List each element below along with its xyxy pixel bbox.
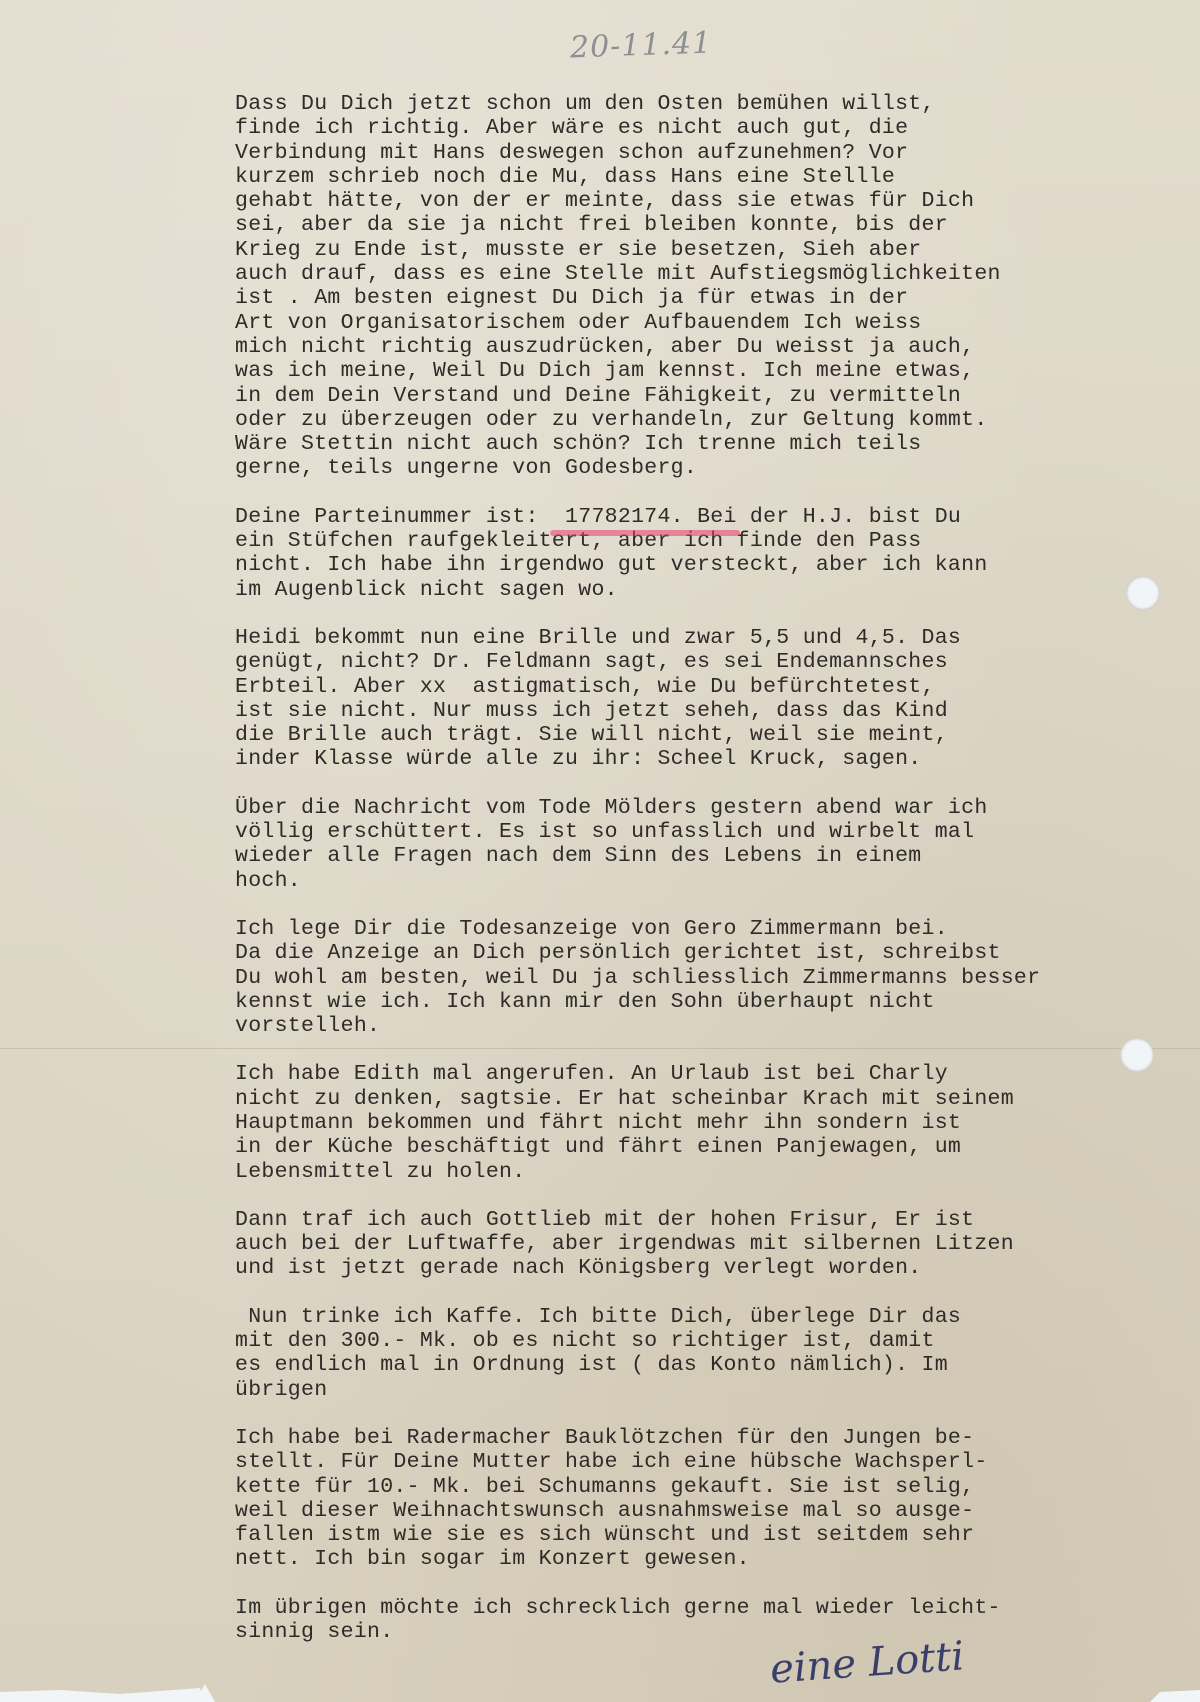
text-line: mich nicht richtig auszudrücken, aber Du… bbox=[235, 335, 1135, 359]
text-line: fallen istm wie sie es sich wünscht und … bbox=[235, 1523, 1135, 1547]
text-line: inder Klasse würde alle zu ihr: Scheel K… bbox=[235, 747, 1135, 771]
text-line: in dem Dein Verstand und Deine Fähigkeit… bbox=[235, 384, 1135, 408]
text-line: nett. Ich bin sogar im Konzert gewesen. bbox=[235, 1547, 1135, 1571]
text-line: weil dieser Weihnachtswunsch ausnahmswei… bbox=[235, 1499, 1135, 1523]
text-line: Ich lege Dir die Todesanzeige von Gero Z… bbox=[235, 917, 1135, 941]
text-line: Im übrigen möchte ich schrecklich gerne … bbox=[235, 1596, 1135, 1620]
text-line: Dass Du Dich jetzt schon um den Osten be… bbox=[235, 92, 1135, 116]
letter-body: Dass Du Dich jetzt schon um den Osten be… bbox=[235, 92, 1135, 1668]
text-line: Über die Nachricht vom Tode Mölders gest… bbox=[235, 796, 1135, 820]
paragraph: Nun trinke ich Kaffe. Ich bitte Dich, üb… bbox=[235, 1305, 1135, 1402]
text-line: Ich habe bei Radermacher Bauklötzchen fü… bbox=[235, 1426, 1135, 1450]
paragraph: Ich lege Dir die Todesanzeige von Gero Z… bbox=[235, 917, 1135, 1038]
text-line: ist sie nicht. Nur muss ich jetzt seheh,… bbox=[235, 699, 1135, 723]
text-line: finde ich richtig. Aber wäre es nicht au… bbox=[235, 116, 1135, 140]
text-line: Da die Anzeige an Dich persönlich gerich… bbox=[235, 941, 1135, 965]
paragraph: Deine Parteinummer ist: 17782174. Bei de… bbox=[235, 505, 1135, 602]
text-line: gerne, teils ungerne von Godesberg. bbox=[235, 456, 1135, 480]
text-line: es endlich mal in Ordnung ist ( das Kont… bbox=[235, 1353, 1135, 1377]
torn-bottom-edge bbox=[0, 1662, 1200, 1702]
text-line: auch drauf, dass es eine Stelle mit Aufs… bbox=[235, 262, 1135, 286]
punch-hole-bottom bbox=[1120, 1038, 1154, 1072]
paragraph: Dann traf ich auch Gottlieb mit der hohe… bbox=[235, 1208, 1135, 1281]
text-line: Heidi bekommt nun eine Brille und zwar 5… bbox=[235, 626, 1135, 650]
text-line: Ich habe Edith mal angerufen. An Urlaub … bbox=[235, 1062, 1135, 1086]
text-line: Du wohl am besten, weil Du ja schliessli… bbox=[235, 966, 1135, 990]
text-line: kennst wie ich. Ich kann mir den Sohn üb… bbox=[235, 990, 1135, 1014]
paragraph: Über die Nachricht vom Tode Mölders gest… bbox=[235, 796, 1135, 893]
punch-hole-top bbox=[1126, 576, 1160, 610]
text-line: völlig erschüttert. Es ist so unfasslich… bbox=[235, 820, 1135, 844]
text-line: und ist jetzt gerade nach Königsberg ver… bbox=[235, 1256, 1135, 1280]
paragraph: Heidi bekommt nun eine Brille und zwar 5… bbox=[235, 626, 1135, 772]
text-line: Nun trinke ich Kaffe. Ich bitte Dich, üb… bbox=[235, 1305, 1135, 1329]
paragraph: Ich habe Edith mal angerufen. An Urlaub … bbox=[235, 1062, 1135, 1183]
text-line: sinnig sein. bbox=[235, 1620, 1135, 1644]
text-line: Krieg zu Ende ist, musste er sie besetze… bbox=[235, 238, 1135, 262]
text-line: ist . Am besten eignest Du Dich ja für e… bbox=[235, 286, 1135, 310]
text-line: wieder alle Fragen nach dem Sinn des Leb… bbox=[235, 844, 1135, 868]
text-line: was ich meine, Weil Du Dich jam kennst. … bbox=[235, 359, 1135, 383]
text-line: mit den 300.- Mk. ob es nicht so richtig… bbox=[235, 1329, 1135, 1353]
text-line: Deine Parteinummer ist: 17782174. Bei de… bbox=[235, 505, 1135, 529]
text-line: Wäre Stettin nicht auch schön? Ich trenn… bbox=[235, 432, 1135, 456]
pink-highlight-mark bbox=[550, 530, 740, 536]
text-line: Art von Organisatorischem oder Aufbauend… bbox=[235, 311, 1135, 335]
handwritten-date: 20-11.41 bbox=[569, 26, 712, 66]
text-line: übrigen bbox=[235, 1378, 1135, 1402]
letter-page: 20-11.41 Dass Du Dich jetzt schon um den… bbox=[0, 0, 1200, 1702]
paragraph: Dass Du Dich jetzt schon um den Osten be… bbox=[235, 92, 1135, 481]
text-line: hoch. bbox=[235, 869, 1135, 893]
text-line: Erbteil. Aber xx astigmatisch, wie Du be… bbox=[235, 675, 1135, 699]
paragraph: Ich habe bei Radermacher Bauklötzchen fü… bbox=[235, 1426, 1135, 1572]
text-line: nicht. Ich habe ihn irgendwo gut verstec… bbox=[235, 553, 1135, 577]
text-line: oder zu überzeugen oder zu verhandeln, z… bbox=[235, 408, 1135, 432]
text-line: kette für 10.- Mk. bei Schumanns gekauft… bbox=[235, 1475, 1135, 1499]
text-line: Verbindung mit Hans deswegen schon aufzu… bbox=[235, 141, 1135, 165]
paragraph: Im übrigen möchte ich schrecklich gerne … bbox=[235, 1596, 1135, 1645]
text-line: genügt, nicht? Dr. Feldmann sagt, es sei… bbox=[235, 650, 1135, 674]
text-line: auch bei der Luftwaffe, aber irgendwas m… bbox=[235, 1232, 1135, 1256]
text-line: die Brille auch trägt. Sie will nicht, w… bbox=[235, 723, 1135, 747]
text-line: sei, aber da sie ja nicht frei bleiben k… bbox=[235, 213, 1135, 237]
text-line: kurzem schrieb noch die Mu, dass Hans ei… bbox=[235, 165, 1135, 189]
text-line: Dann traf ich auch Gottlieb mit der hohe… bbox=[235, 1208, 1135, 1232]
text-line: stellt. Für Deine Mutter habe ich eine h… bbox=[235, 1450, 1135, 1474]
text-line: vorstelleh. bbox=[235, 1014, 1135, 1038]
text-line: Lebensmittel zu holen. bbox=[235, 1160, 1135, 1184]
text-line: Hauptmann bekommen und fährt nicht mehr … bbox=[235, 1111, 1135, 1135]
text-line: nicht zu denken, sagtsie. Er hat scheinb… bbox=[235, 1087, 1135, 1111]
text-line: im Augenblick nicht sagen wo. bbox=[235, 578, 1135, 602]
text-line: in der Küche beschäftigt und fährt einen… bbox=[235, 1135, 1135, 1159]
text-line: gehabt hätte, von der er meinte, dass si… bbox=[235, 189, 1135, 213]
